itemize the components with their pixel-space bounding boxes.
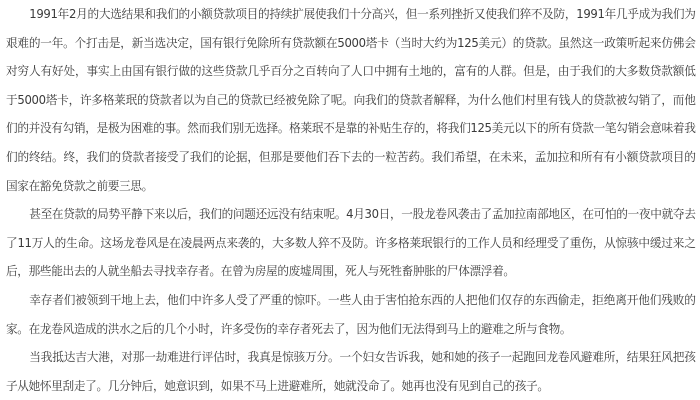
paragraph-chittagong: 当我抵达吉大港，对那一劫难进行评估时，我真是惊骇万分。一个妇女告诉我，她和她的孩… [6,343,696,400]
paragraph-cyclone: 甚至在贷款的局势平静下来以后，我们的问题还远没有结束呢。4月30日，一股龙卷风袭… [6,200,696,286]
paragraph-election-loan-waiver: 1991年2月的大选结果和我们的小额贷款项目的持续扩展使我们十分高兴，但一系列挫… [6,0,696,200]
paragraph-survivors: 幸存者们被领到干地上去，他们中许多人受了严重的惊吓。一些人由于害怕抢东西的人把他… [6,286,696,343]
article-body: 1991年2月的大选结果和我们的小额贷款项目的持续扩展使我们十分高兴，但一系列挫… [6,0,696,400]
